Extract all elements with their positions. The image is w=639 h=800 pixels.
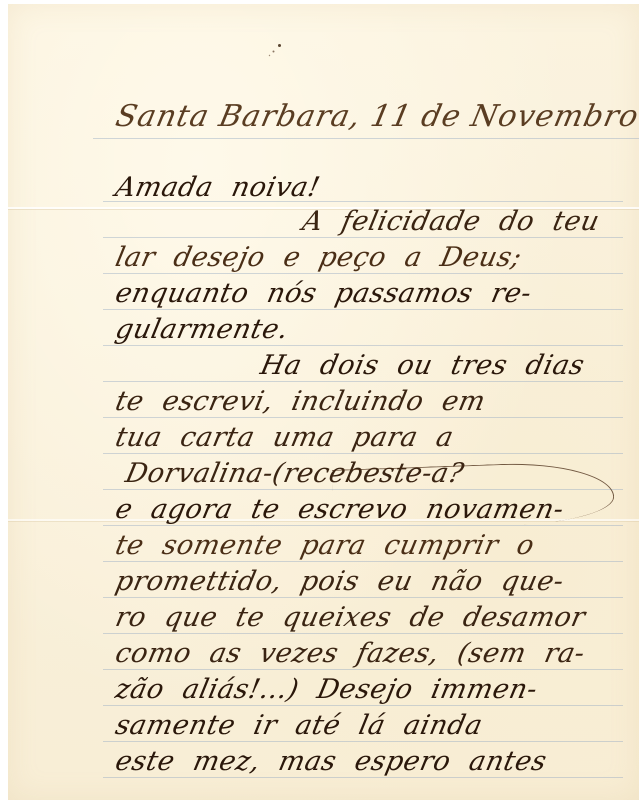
ruled-line	[103, 633, 623, 634]
ruled-line	[103, 381, 623, 382]
ruled-line	[103, 345, 623, 346]
letter-line: te escrevi, incluindo em	[113, 388, 488, 415]
ruled-line	[103, 777, 623, 778]
ruled-line	[103, 705, 623, 706]
letter-line: Ha dois ou tres dias	[258, 352, 587, 379]
letter-line: tua carta uma para a	[113, 424, 456, 451]
letter-line: zão aliás!...) Desejo immen-	[113, 676, 540, 703]
letter-line: te somente para cumprir o	[113, 532, 537, 559]
ruled-line	[93, 138, 639, 139]
ruled-line	[103, 417, 623, 418]
letter-line: ro que te queixes de desamor	[113, 604, 588, 631]
letter-line: A felicidade do teu	[300, 208, 602, 235]
ruled-line	[103, 561, 623, 562]
salutation: Amada noiva!	[113, 174, 322, 201]
ruled-line	[103, 453, 623, 454]
letter-line: como as vezes fazes, (sem ra-	[113, 640, 587, 667]
ruled-line	[103, 309, 623, 310]
letter-line: gularmente.	[113, 316, 291, 343]
letter-line: e agora te escrevo novamen-	[113, 496, 566, 523]
letter-line: enquanto nós passamos re-	[113, 280, 534, 307]
letter-line: samente ir até lá ainda	[113, 712, 485, 739]
ruled-line	[103, 597, 623, 598]
ruled-line	[103, 237, 623, 238]
ink-spots	[278, 44, 281, 47]
ruled-line	[103, 741, 623, 742]
ruled-line	[103, 669, 623, 670]
letter-line: promettido, pois eu não que-	[113, 568, 566, 595]
place-date-heading: Santa Barbara, 11 de Novembro de 1921.	[113, 102, 639, 132]
letter-line: este mez, mas espero antes	[113, 748, 549, 775]
ruled-line	[103, 273, 623, 274]
letter-line: lar desejo e peço a Deus;	[113, 244, 524, 271]
letter-page: ​ Santa Barbara, 11 de Novembro de 1921.…	[8, 4, 639, 800]
